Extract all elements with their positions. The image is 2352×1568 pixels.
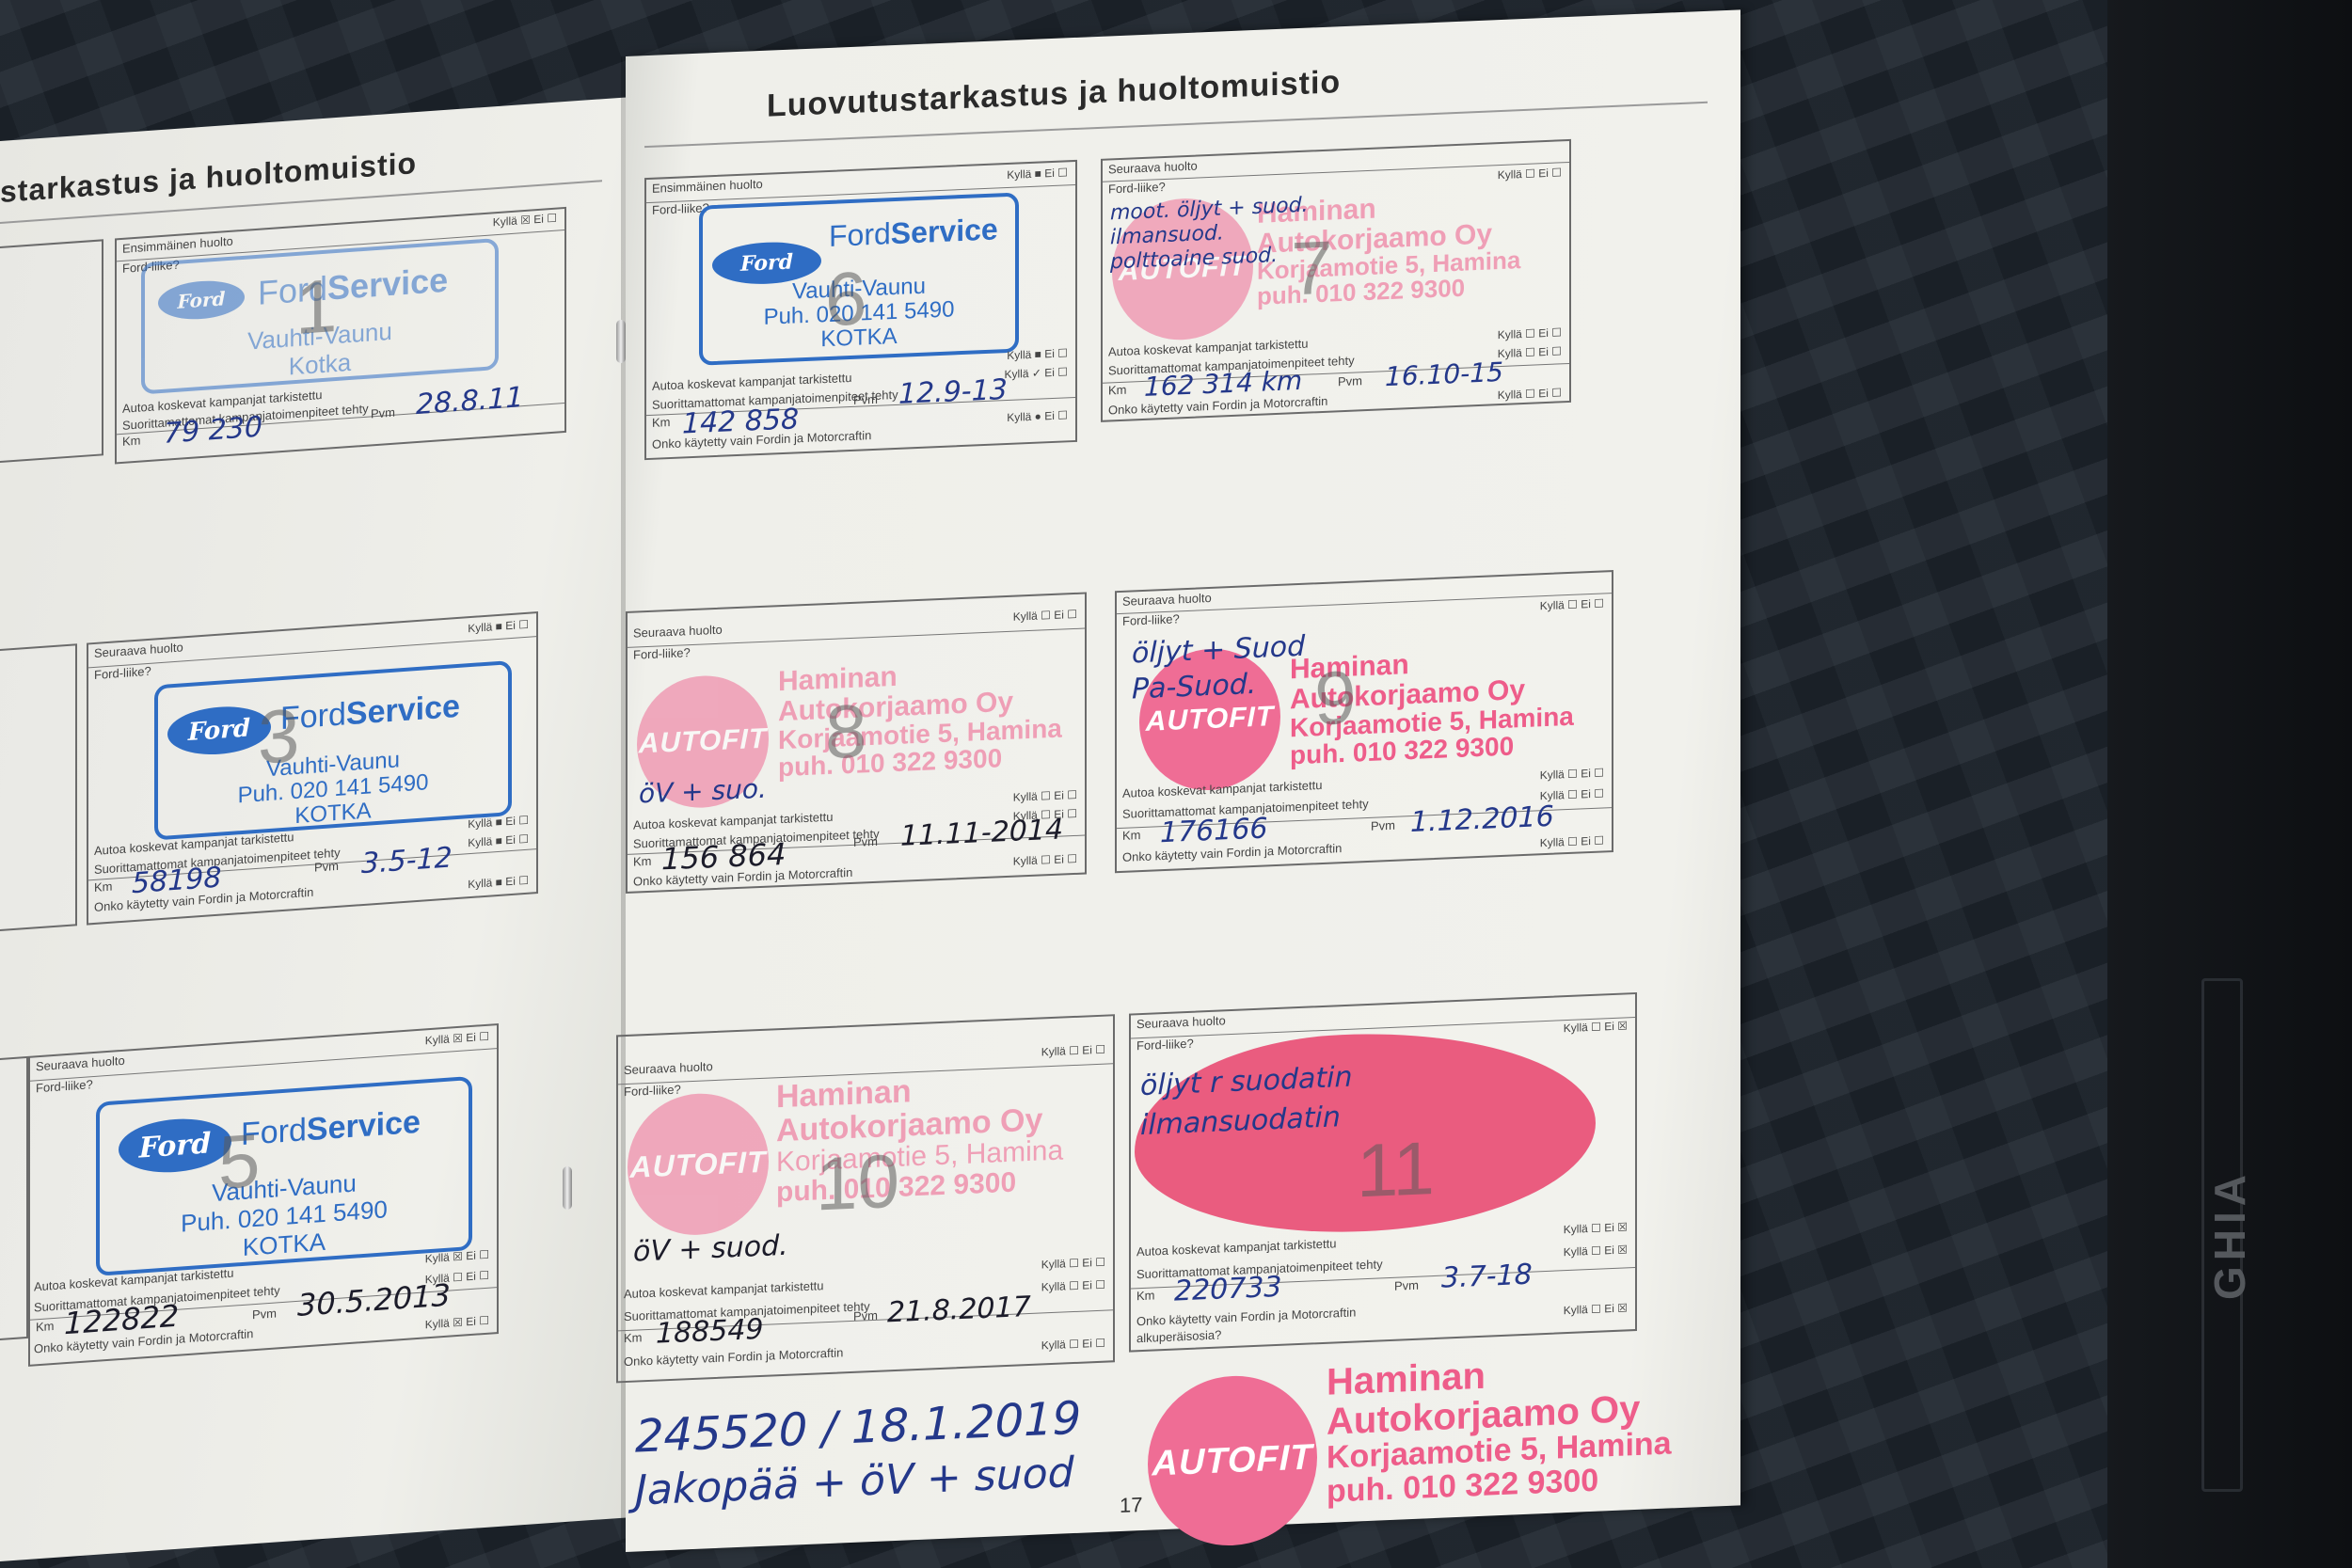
yes-no-checkbox[interactable]: Kyllä ☒ Ei ☐: [493, 212, 557, 230]
yes-no-checkbox[interactable]: Kyllä ☒ Ei ☐: [425, 1030, 489, 1048]
yes-no-checkbox[interactable]: Kyllä ☐ Ei ☐: [1540, 596, 1604, 612]
service-number: 6: [825, 255, 867, 343]
autofit-logo-icon: AUTOFIT: [1148, 1372, 1317, 1549]
date-value: 16.10-15: [1385, 356, 1503, 392]
yes-no-checkbox[interactable]: Kyllä ☐ Ei ☐: [1498, 386, 1562, 402]
booklet-left-page: starkastus ja huoltomuistio Ensimmäinen …: [0, 96, 640, 1561]
yes-no-checkbox[interactable]: Kyllä ✓ Ei ☐: [1004, 365, 1068, 381]
km-value: 79 230: [164, 410, 262, 450]
page-number: 17: [1120, 1493, 1142, 1518]
date-value: 1.12.2016: [1410, 800, 1554, 839]
yes-no-checkbox[interactable]: Kyllä ● Ei ☐: [1007, 408, 1068, 424]
partial-service-box: [0, 643, 77, 931]
date-value: 11.11-2014: [900, 814, 1063, 853]
yes-no-checkbox[interactable]: Kyllä ☐ Ei ☐: [1041, 1278, 1105, 1294]
yes-no-checkbox[interactable]: Kyllä ☐ Ei ☐: [1498, 344, 1562, 360]
yes-no-checkbox[interactable]: Kyllä ☐ Ei ☐: [1041, 1256, 1105, 1272]
yes-no-checkbox[interactable]: Kyllä ☐ Ei ☐: [1013, 852, 1077, 868]
yes-no-checkbox[interactable]: Kyllä ☐ Ei ☐: [1041, 1043, 1105, 1059]
ford-service-brand: FordService: [258, 261, 448, 313]
yes-no-checkbox[interactable]: Kyllä ■ Ei ☐: [468, 874, 529, 892]
date-value: 3.7-18: [1441, 1259, 1533, 1295]
ford-logo-icon: Ford: [167, 704, 271, 758]
staple: [616, 320, 626, 363]
service-note: Pa-Suod.: [1132, 668, 1256, 706]
partial-service-box: [0, 1056, 28, 1341]
yes-no-checkbox[interactable]: Kyllä ☐ Ei ☒: [1564, 1019, 1628, 1035]
right-page-title: Luovutustarkastus ja huoltomuistio: [767, 64, 1341, 125]
service-note: öV + suod.: [633, 1229, 788, 1269]
ford-service-stamp: Ford FordService Vauhti-Vaunu Puh. 020 1…: [96, 1076, 472, 1276]
booklet-right-page: Luovutustarkastus ja huoltomuistio Ensim…: [626, 9, 1740, 1552]
service-box-5: Seuraava huolto Ford-liike? Kyllä ☒ Ei ☐…: [28, 1023, 499, 1367]
date-value: 30.5.2013: [297, 1277, 451, 1323]
ford-logo-icon: Ford: [119, 1116, 231, 1176]
yes-no-checkbox[interactable]: Kyllä ☐ Ei ☐: [1041, 1337, 1105, 1353]
service-box-8: Seuraava huolto Ford-liike? Kyllä ☐ Ei ☐…: [626, 592, 1087, 894]
service-box-9: Seuraava huolto Ford-liike? Kyllä ☐ Ei ☐…: [1115, 570, 1613, 873]
date-value: 21.8.2017: [887, 1291, 1031, 1329]
yes-no-checkbox[interactable]: Kyllä ☐ Ei ☐: [1540, 833, 1604, 849]
service-box-1: Ensimmäinen huolto Ford-liike? Kyllä ☒ E…: [115, 207, 566, 465]
yes-no-checkbox[interactable]: Kyllä ☐ Ei ☐: [1540, 766, 1604, 782]
service-number: 10: [816, 1138, 899, 1228]
yes-no-checkbox[interactable]: Kyllä ☐ Ei ☒: [1564, 1243, 1628, 1259]
service-number: 3: [258, 692, 300, 782]
service-number: 8: [825, 688, 867, 776]
ford-service-brand: FordService: [280, 689, 460, 737]
left-page-title: starkastus ja huoltomuistio: [0, 146, 417, 210]
ford-logo-icon: Ford: [158, 278, 245, 322]
service-number: 1: [295, 262, 338, 352]
km-value: 220733: [1174, 1271, 1282, 1308]
service-number: 7: [1291, 225, 1333, 313]
date-value: 3.5-12: [361, 841, 453, 880]
partial-service-box: [0, 239, 103, 463]
service-number: 5: [218, 1117, 261, 1207]
yes-no-checkbox[interactable]: Kyllä ■ Ei ☐: [1007, 346, 1068, 362]
autofit-stamp: AUTOFIT Haminan Autokorjaamo Oy Korjaamo…: [1148, 1348, 1675, 1558]
yes-no-checkbox[interactable]: Kyllä ■ Ei ☐: [1007, 166, 1068, 182]
service-number: 9: [1314, 654, 1357, 742]
yes-no-checkbox[interactable]: Kyllä ☐ Ei ☒: [1564, 1301, 1628, 1317]
service-number: 11: [1357, 1125, 1435, 1214]
service-box-10: Seuraava huolto Ford-liike? Kyllä ☐ Ei ☐…: [616, 1014, 1115, 1383]
autofit-logo-icon: AUTOFIT: [628, 1091, 769, 1238]
ford-service-stamp: Ford FordService Vauhti-Vaunu Puh. 020 1…: [154, 660, 512, 841]
service-box-3: Seuraava huolto Ford-liike? Kyllä ■ Ei ☐…: [87, 611, 538, 926]
yes-no-checkbox[interactable]: Kyllä ☐ Ei ☒: [1564, 1220, 1628, 1236]
staple: [563, 1166, 572, 1210]
yes-no-checkbox[interactable]: Kyllä ☐ Ei ☐: [1013, 788, 1077, 804]
service-box-6: Ensimmäinen huolto Ford-liike? Kyllä ■ E…: [644, 160, 1077, 460]
service-note: ilmansuod.: [1110, 221, 1224, 249]
yes-no-checkbox[interactable]: Kyllä ■ Ei ☐: [468, 832, 529, 850]
service-box-11: Seuraava huolto Ford-liike? Kyllä ☐ Ei ☒…: [1129, 992, 1637, 1353]
yes-no-checkbox[interactable]: Kyllä ■ Ei ☐: [468, 618, 529, 636]
service-box-7: Seuraava huolto Ford-liike? Kyllä ☐ Ei ☐…: [1101, 139, 1571, 422]
ford-service-brand: FordService: [241, 1104, 421, 1153]
date-value: 12.9-13: [898, 373, 1008, 411]
yes-no-checkbox[interactable]: Kyllä ☐ Ei ☐: [1498, 325, 1562, 341]
km-value: 188549: [656, 1313, 764, 1351]
ford-service-brand: FordService: [829, 212, 998, 254]
seat-label: GHIA: [2201, 978, 2243, 1492]
service-note: öV + suo.: [639, 773, 767, 810]
yes-no-checkbox[interactable]: Kyllä ☐ Ei ☐: [1498, 166, 1562, 182]
yes-no-checkbox[interactable]: Kyllä ☐ Ei ☐: [1013, 608, 1077, 624]
yes-no-checkbox[interactable]: Kyllä ☒ Ei ☐: [425, 1314, 489, 1332]
